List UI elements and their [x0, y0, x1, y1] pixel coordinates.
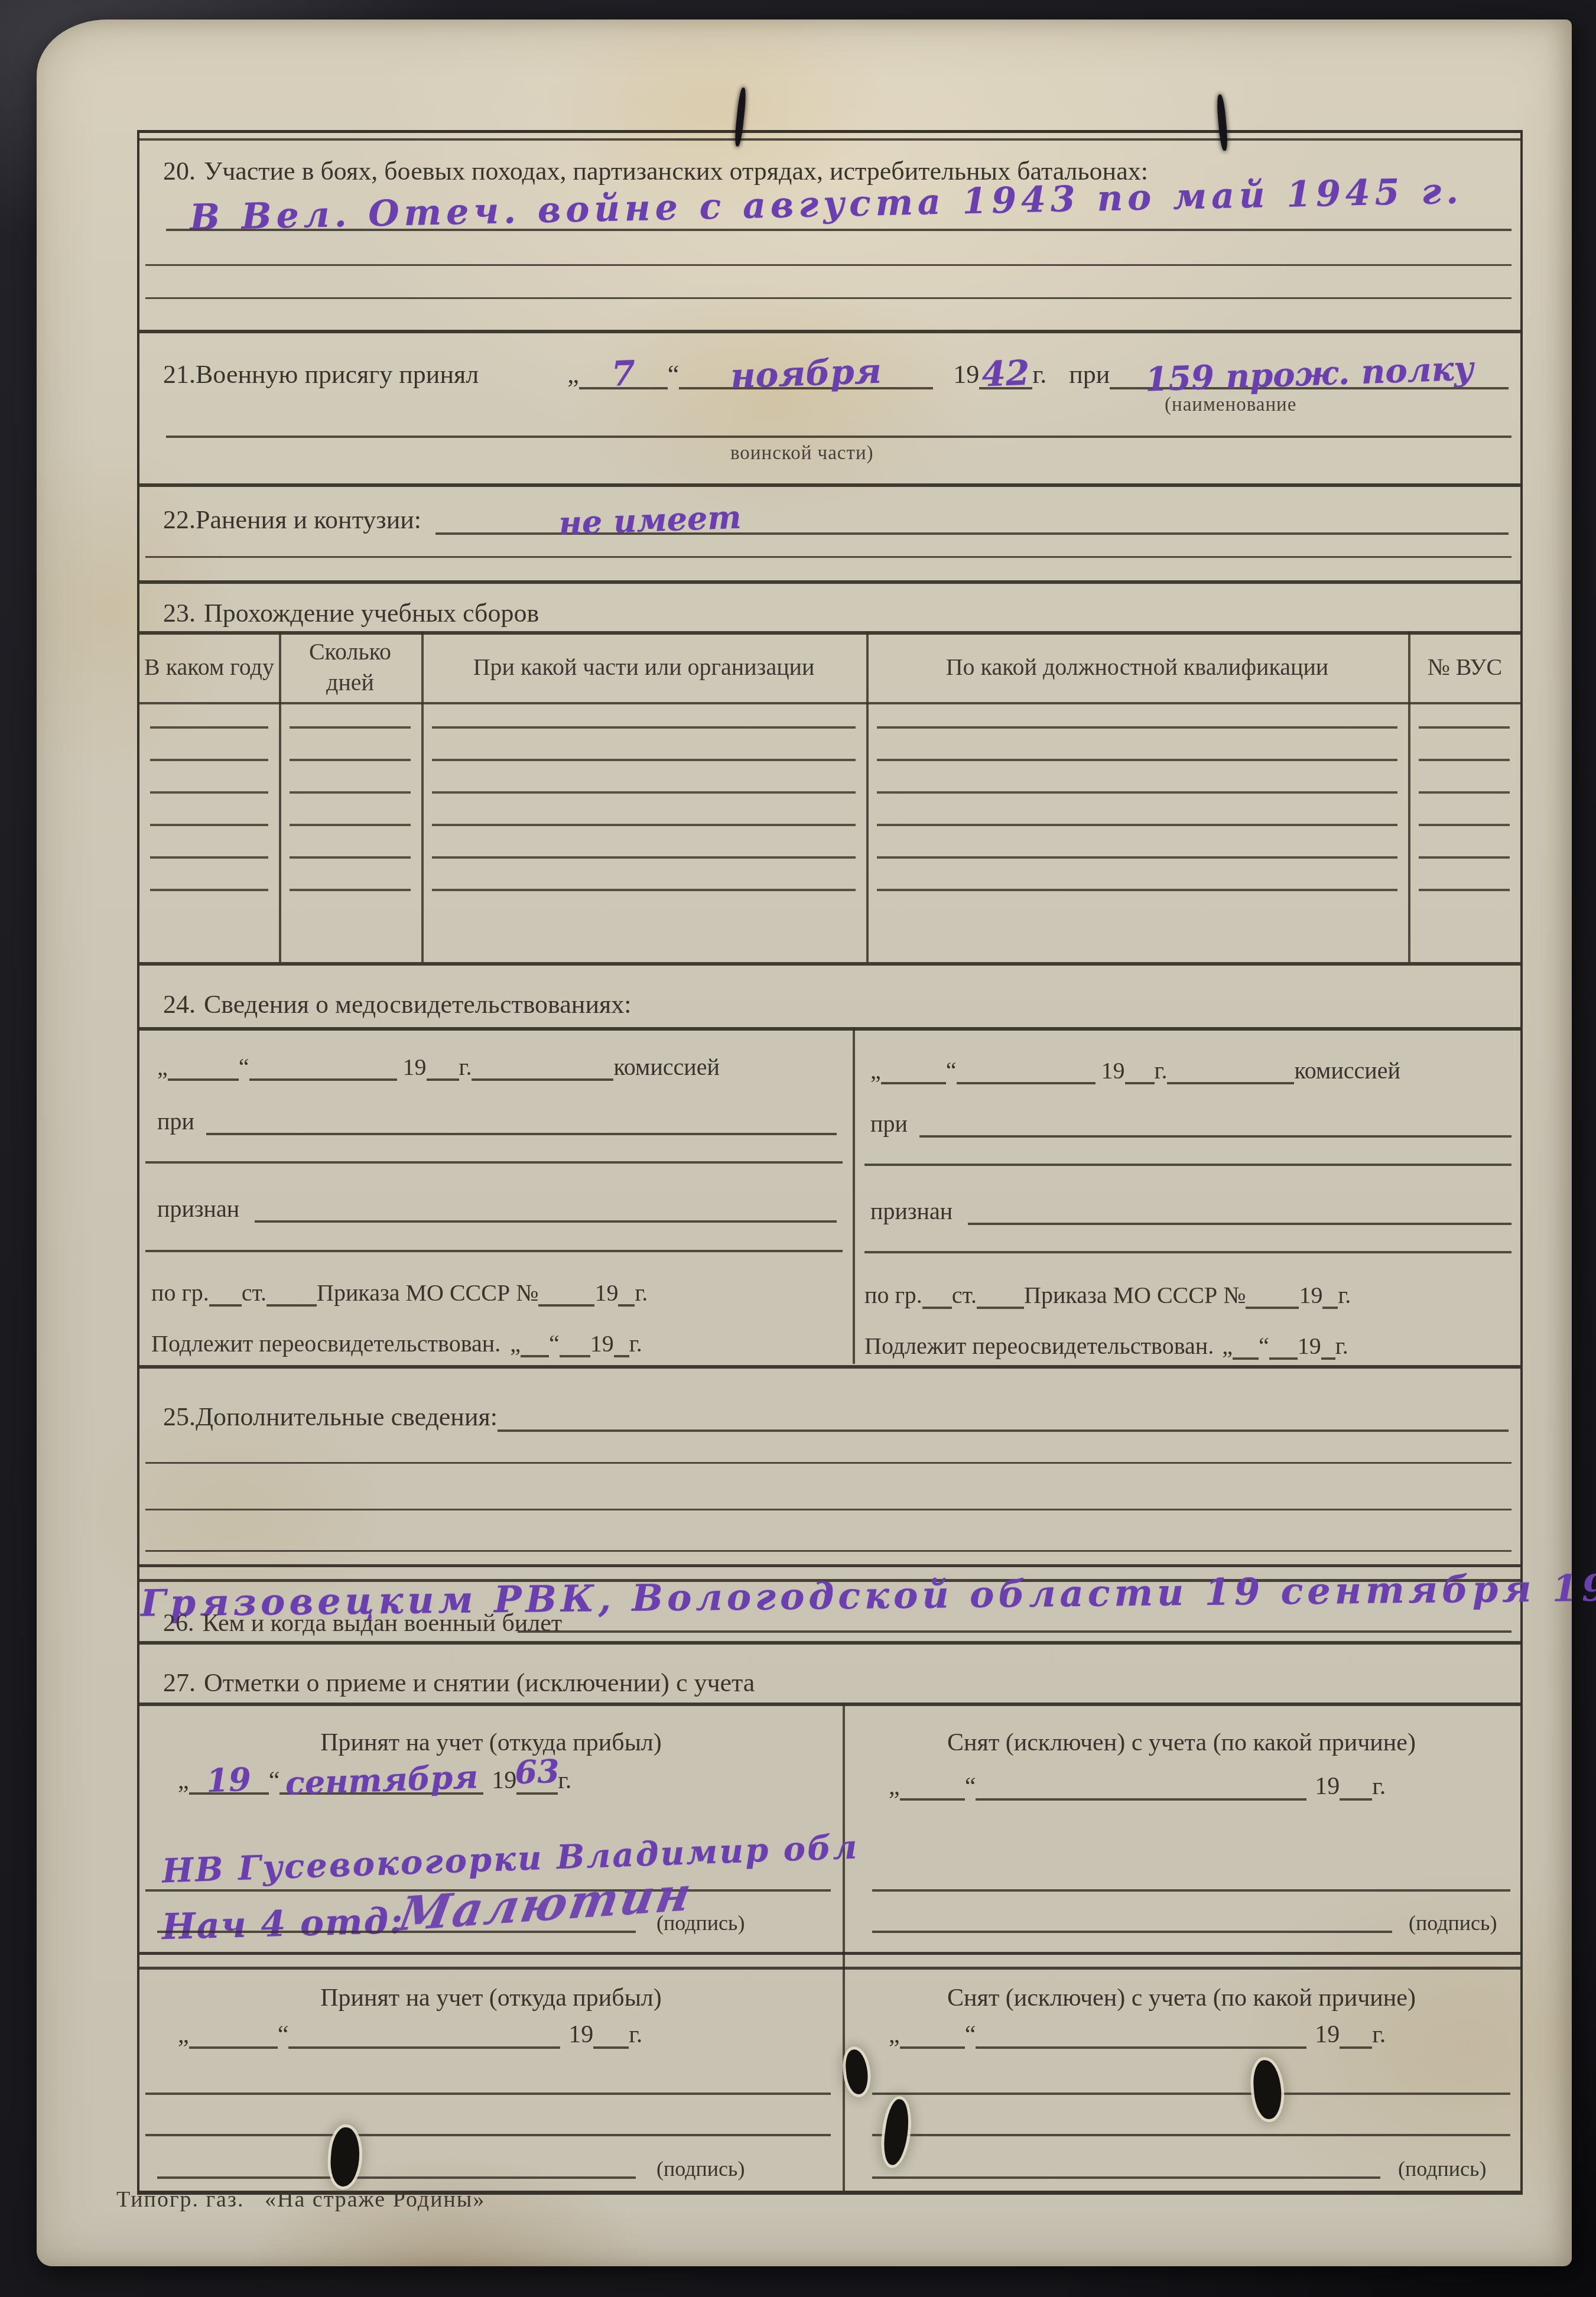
section-label: Ранения и контузии: [196, 505, 421, 535]
quote-close: “ [269, 1766, 280, 1795]
ruled-line [145, 2134, 831, 2136]
year-field: 63 [516, 1765, 558, 1795]
ruled-line [145, 1462, 1512, 1464]
quote-close: “ [549, 1330, 560, 1357]
quote-open: „ [1222, 1333, 1233, 1360]
table-row [139, 794, 1520, 826]
month-field: сентября [279, 1765, 483, 1795]
podlezhit-label: Подлежит переосвидетельствован. [864, 1333, 1214, 1360]
year-suffix: г. [1032, 360, 1046, 390]
order-number-field [1246, 1281, 1299, 1309]
signature-line [157, 1931, 636, 1933]
ruled-line [145, 1161, 843, 1164]
section-label: Дополнительные сведения: [196, 1402, 498, 1432]
year-field: 42 [979, 359, 1032, 389]
year-suffix: г. [629, 2020, 642, 2049]
section-number: 24. [163, 990, 196, 1020]
year-suffix: г. [459, 1054, 472, 1081]
day-field [900, 2019, 965, 2049]
table-row [139, 697, 1520, 729]
st-label: ст. [242, 1279, 266, 1307]
quote-close: “ [239, 1054, 249, 1081]
pri-label: при [157, 1108, 194, 1135]
med-exam-date-row: „ “ 19 г. комиссией [157, 1052, 837, 1081]
med-exam-date-row: „ “ 19 г. комиссией [870, 1056, 1512, 1084]
ruled-line [872, 2093, 1510, 2095]
handwritten-day: 19 [206, 1761, 252, 1799]
handwritten-month: ноября [730, 351, 882, 396]
day-field: 19 [189, 1765, 269, 1795]
podpis-caption: (подпись) [656, 2156, 745, 2181]
signature-line [872, 2176, 1380, 2179]
month-field [976, 2019, 1306, 2049]
quote-open: „ [870, 1057, 881, 1084]
section-divider [139, 1365, 1520, 1369]
column-divider [843, 1703, 845, 2191]
signature-line [157, 2176, 636, 2179]
section-label: Отметки о приеме и снятии (исключении) с… [204, 1668, 755, 1698]
pri-label: при [870, 1110, 908, 1138]
column-header: В каком году [143, 634, 275, 700]
year-suffix: г. [635, 1279, 648, 1307]
commission-label: комиссией [613, 1054, 719, 1081]
year-field [618, 1278, 635, 1307]
quote-open: „ [889, 1772, 900, 1801]
section-number: 22. [163, 505, 196, 535]
section-number: 21. [163, 360, 196, 390]
section-24-heading: 24. Сведения о медосвидетельствованиях: [163, 990, 631, 1020]
section-number: 27. [163, 1668, 196, 1698]
year-field [427, 1052, 459, 1081]
section-number: 26. [163, 1609, 194, 1638]
year-prefix: 19 [953, 360, 979, 390]
handwritten-year: 42 [981, 353, 1031, 394]
year-suffix: г. [1155, 1057, 1168, 1084]
day-field [521, 1329, 549, 1357]
year-suffix: г. [1372, 2020, 1386, 2049]
quote-close: “ [668, 360, 680, 390]
commission-label: комиссией [1294, 1057, 1400, 1084]
section-label: Прохождение учебных сборов [204, 599, 539, 629]
ruled-line [518, 1630, 1512, 1633]
additional-info-field [498, 1401, 1509, 1432]
accepted-date-row: „ 19 “ сентября 19 63 г. [178, 1765, 804, 1795]
section-divider [139, 580, 1520, 584]
table-row [139, 827, 1520, 859]
section-26-heading: 26. Кем и когда выдан военный билет [163, 1609, 562, 1638]
quote-open: „ [567, 360, 579, 390]
pri-field [919, 1109, 1512, 1138]
document-page: 20. Участие в боях, боевых походах, парт… [37, 20, 1572, 2266]
section-number: 20. [163, 157, 196, 187]
month-field [249, 1052, 397, 1081]
year-field [1340, 1771, 1372, 1801]
table-row [139, 762, 1520, 794]
ruled-line [145, 1250, 843, 1252]
med-exam-priznan-row: признан [870, 1197, 1512, 1225]
gr-field [922, 1281, 952, 1309]
section-divider [139, 1027, 1520, 1031]
order-number-field [538, 1278, 594, 1307]
ruled-line [145, 556, 1512, 558]
wounds-field: не имеет [435, 504, 1509, 535]
quote-close: “ [965, 2020, 976, 2049]
handwritten-unit: 159 прож. полку [1145, 349, 1474, 399]
year-prefix: 19 [1298, 1333, 1321, 1360]
caption-voinskoy-chasti: воинской части) [730, 443, 874, 464]
month-field: ноября [679, 359, 933, 389]
med-exam-reexam-row: Подлежит переосвидетельствован. „ “ 19 г… [151, 1329, 840, 1357]
ruled-line [145, 1550, 1512, 1552]
day-field [189, 2019, 278, 2049]
po-gr-label: по гр. [864, 1282, 922, 1309]
year-suffix: г. [1338, 1282, 1351, 1309]
quote-open: „ [157, 1054, 168, 1081]
ruled-line [872, 2134, 1510, 2136]
ruled-line [166, 436, 1512, 438]
day-field [168, 1052, 239, 1081]
month-field [976, 1771, 1306, 1801]
year-prefix: 19 [1101, 1057, 1125, 1084]
ruled-line [864, 1164, 1512, 1166]
year-prefix: 19 [1299, 1282, 1322, 1309]
quote-open: „ [889, 2020, 900, 2049]
section-divider [139, 330, 1520, 333]
year-field [593, 2019, 629, 2049]
year-prefix: 19 [403, 1054, 427, 1081]
commission-field [472, 1052, 613, 1081]
quote-close: “ [278, 2020, 289, 2049]
year-prefix: 19 [1315, 1772, 1340, 1801]
ruled-line [145, 264, 1512, 266]
year-field [1322, 1281, 1338, 1309]
quote-close: “ [965, 1772, 976, 1801]
priznan-label: признан [870, 1198, 953, 1225]
day-field [900, 1771, 965, 1801]
day-field: 7 [579, 359, 668, 389]
st-field [266, 1278, 317, 1307]
ruled-line [145, 2093, 831, 2095]
handwritten-wounds: не имеет [558, 499, 742, 542]
podpis-caption: (подпись) [1398, 2156, 1486, 2181]
st-field [977, 1281, 1024, 1309]
unit-field: 159 прож. полку [1110, 359, 1509, 389]
podlezhit-label: Подлежит переосвидетельствован. [151, 1330, 500, 1357]
ruled-line [145, 297, 1512, 299]
removed-date-row: „ “ 19 г. [889, 2019, 1486, 2049]
section-label: Сведения о медосвидетельствованиях: [204, 990, 631, 1020]
prikaz-label: Приказа МО СССР № [1024, 1282, 1246, 1309]
form-frame: 20. Участие в боях, боевых походах, парт… [137, 130, 1523, 2195]
day-field [881, 1056, 946, 1084]
print-shop-credit: Типогр. газ. «На страже Родины» [116, 2186, 485, 2212]
podpis-caption: (подпись) [1409, 1911, 1497, 1935]
year-field [1125, 1056, 1155, 1084]
table-top-border [139, 1703, 1520, 1706]
prikaz-label: Приказа МО СССР № [317, 1279, 538, 1307]
column-header: По какой должностной квалификации [870, 634, 1405, 700]
month-field [560, 1329, 590, 1357]
st-label: ст. [952, 1282, 977, 1309]
column-header-accepted: Принят на учет (откуда прибыл) [139, 1729, 843, 1757]
year-suffix: г. [629, 1330, 642, 1357]
column-header-removed: Снят (исключен) с учета (по какой причин… [843, 1984, 1520, 2012]
pri-field [206, 1107, 837, 1135]
section-number: 25. [163, 1402, 196, 1432]
caption-naimenovanie: (наименование [1165, 394, 1296, 416]
year-field [1340, 2019, 1372, 2049]
year-field [1321, 1331, 1335, 1360]
ruled-line [145, 1509, 1512, 1510]
commission-field [1167, 1056, 1294, 1084]
ruled-line [872, 1889, 1510, 1892]
table-row [139, 859, 1520, 891]
handwritten-officer-title: Нач 4 отд: [161, 1900, 404, 1948]
ruled-line [139, 138, 1520, 141]
section-22-row: 22. Ранения и контузии: не имеет [163, 504, 1509, 535]
accepted-date-row: „ “ 19 г. [178, 2019, 804, 2049]
handwritten-year: 63 [515, 1753, 560, 1791]
ruled-line [166, 229, 1512, 231]
year-prefix: 19 [594, 1279, 618, 1307]
year-suffix: г. [1372, 1772, 1386, 1801]
column-header: № ВУС [1412, 634, 1518, 700]
quote-open: „ [178, 1766, 189, 1795]
month-field [957, 1056, 1096, 1084]
priznan-label: признан [157, 1195, 239, 1223]
med-exam-priznan-row: признан [157, 1194, 837, 1223]
med-exam-pri-row: при [870, 1109, 1512, 1138]
scan-background: 20. Участие в боях, боевых походах, парт… [0, 0, 1596, 2297]
year-field [614, 1329, 629, 1357]
quote-close: “ [1259, 1333, 1269, 1360]
column-header-removed: Снят (исключен) с учета (по какой причин… [843, 1729, 1520, 1757]
med-exam-pri-row: при [157, 1107, 837, 1135]
row-divider [139, 1952, 1520, 1970]
section-23-heading: 23. Прохождение учебных сборов [163, 599, 539, 629]
handwritten-month: сентября [285, 1758, 479, 1801]
year-prefix: 19 [1315, 2020, 1340, 2049]
section-label: Военную присягу принял [196, 360, 479, 390]
column-header-accepted: Принят на учет (откуда прибыл) [139, 1984, 843, 2012]
med-exam-order-row: по гр. ст. Приказа МО СССР № 19 г. [864, 1281, 1514, 1309]
table-bottom-border [139, 962, 1520, 966]
removed-date-row: „ “ 19 г. [889, 1771, 1486, 1801]
med-exam-order-row: по гр. ст. Приказа МО СССР № 19 г. [151, 1278, 840, 1307]
year-suffix: г. [558, 1766, 571, 1795]
handwritten-day: 7 [610, 353, 636, 394]
column-header: Сколько дней [282, 634, 418, 700]
section-21-row: 21. Военную присягу принял „ 7 “ ноября … [163, 359, 1509, 389]
year-suffix: г. [1335, 1333, 1348, 1360]
section-27-heading: 27. Отметки о приеме и снятии (исключени… [163, 1668, 755, 1698]
po-gr-label: по гр. [151, 1279, 209, 1307]
section-number: 23. [163, 599, 196, 629]
month-field [1269, 1331, 1298, 1360]
podpis-caption: (подпись) [656, 1911, 745, 1935]
column-header: При какой части или организации [425, 634, 863, 700]
quote-close: “ [946, 1057, 957, 1084]
section-label: Кем и когда выдан военный билет [203, 1609, 563, 1638]
gr-field [209, 1278, 242, 1307]
priznan-field [255, 1194, 837, 1223]
ruled-line [864, 1251, 1512, 1253]
section-25-row: 25. Дополнительные сведения: [163, 1401, 1509, 1432]
panel-divider [853, 1027, 855, 1364]
section-divider [139, 483, 1520, 487]
section-divider [139, 1641, 1520, 1645]
month-field [288, 2019, 560, 2049]
quote-open: „ [510, 1330, 521, 1357]
pri-label: при [1069, 360, 1110, 390]
quote-open: „ [178, 2020, 189, 2049]
signature-line [872, 1931, 1392, 1933]
table-row [139, 729, 1520, 761]
year-prefix: 19 [568, 2020, 593, 2049]
med-exam-reexam-row: Подлежит переосвидетельствован. „ “ 19 г… [864, 1331, 1514, 1360]
year-prefix: 19 [492, 1766, 516, 1795]
priznan-field [968, 1197, 1512, 1225]
day-field [1233, 1331, 1259, 1360]
year-prefix: 19 [590, 1330, 614, 1357]
